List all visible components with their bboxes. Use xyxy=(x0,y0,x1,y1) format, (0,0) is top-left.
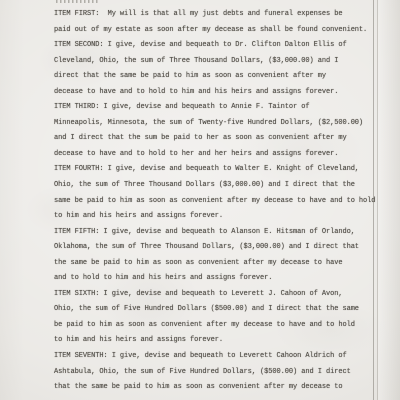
will-text-block: ITEM FIRST: My will is that all my just … xyxy=(54,7,388,396)
document-line: ITEM THIRD: I give, devise and bequeath … xyxy=(54,100,388,116)
document-line: the same be paid to him as soon as conve… xyxy=(54,256,388,272)
page-right-edge xyxy=(378,0,400,400)
document-line: ITEM FIRST: My will is that all my just … xyxy=(54,7,388,23)
document-line: be paid to him as soon as convenient aft… xyxy=(54,318,388,334)
document-line: decease to have and to hold to her and h… xyxy=(54,147,388,163)
document-line: ITEM SEVENTH: I give, devise and bequeat… xyxy=(54,349,388,365)
document-line: decease to have and to hold to him and h… xyxy=(54,85,388,101)
document-line: direct that the same be paid to him as s… xyxy=(54,69,388,85)
document-line: Ohio, the sum of Five Hundred Dollars ($… xyxy=(54,302,388,318)
document-line: same be paid to him as soon as convenien… xyxy=(54,194,388,210)
document-line: to him and his heirs and assigns forever… xyxy=(54,209,388,225)
document-line: and I direct that the sum be paid to her… xyxy=(54,131,388,147)
document-line: to him and his heirs and assigns forever… xyxy=(54,333,388,349)
document-line: Ohio, the sum of Three Thousand Dollars … xyxy=(54,178,388,194)
document-line: paid out of my estate as soon after my d… xyxy=(54,23,388,39)
document-line: Minneapolis, Minnesota, the sum of Twent… xyxy=(54,116,388,132)
document-line: that the same be paid to him as soon as … xyxy=(54,380,388,396)
scanned-will-page: ITEM FIRST: My will is that all my just … xyxy=(0,0,400,400)
document-line: Cleveland, Ohio, the sum of Three Thousa… xyxy=(54,54,388,70)
cut-off-line-fragment xyxy=(56,0,100,3)
document-line: ITEM FOURTH: I give, devise and bequeath… xyxy=(54,162,388,178)
document-line: Ashtabula, Ohio, the sum of Five Hundred… xyxy=(54,365,388,381)
page-fold-line xyxy=(373,0,374,400)
document-line: Oklahoma, the sum of Three Thousand Doll… xyxy=(54,240,388,256)
document-line: ITEM SIXTH: I give, devise and bequeath … xyxy=(54,287,388,303)
document-line: and to hold to him and his heirs and ass… xyxy=(54,271,388,287)
document-line: ITEM FIFTH: I give, devise and bequeath … xyxy=(54,225,388,241)
document-line: ITEM SECOND: I give, devise and bequeath… xyxy=(54,38,388,54)
